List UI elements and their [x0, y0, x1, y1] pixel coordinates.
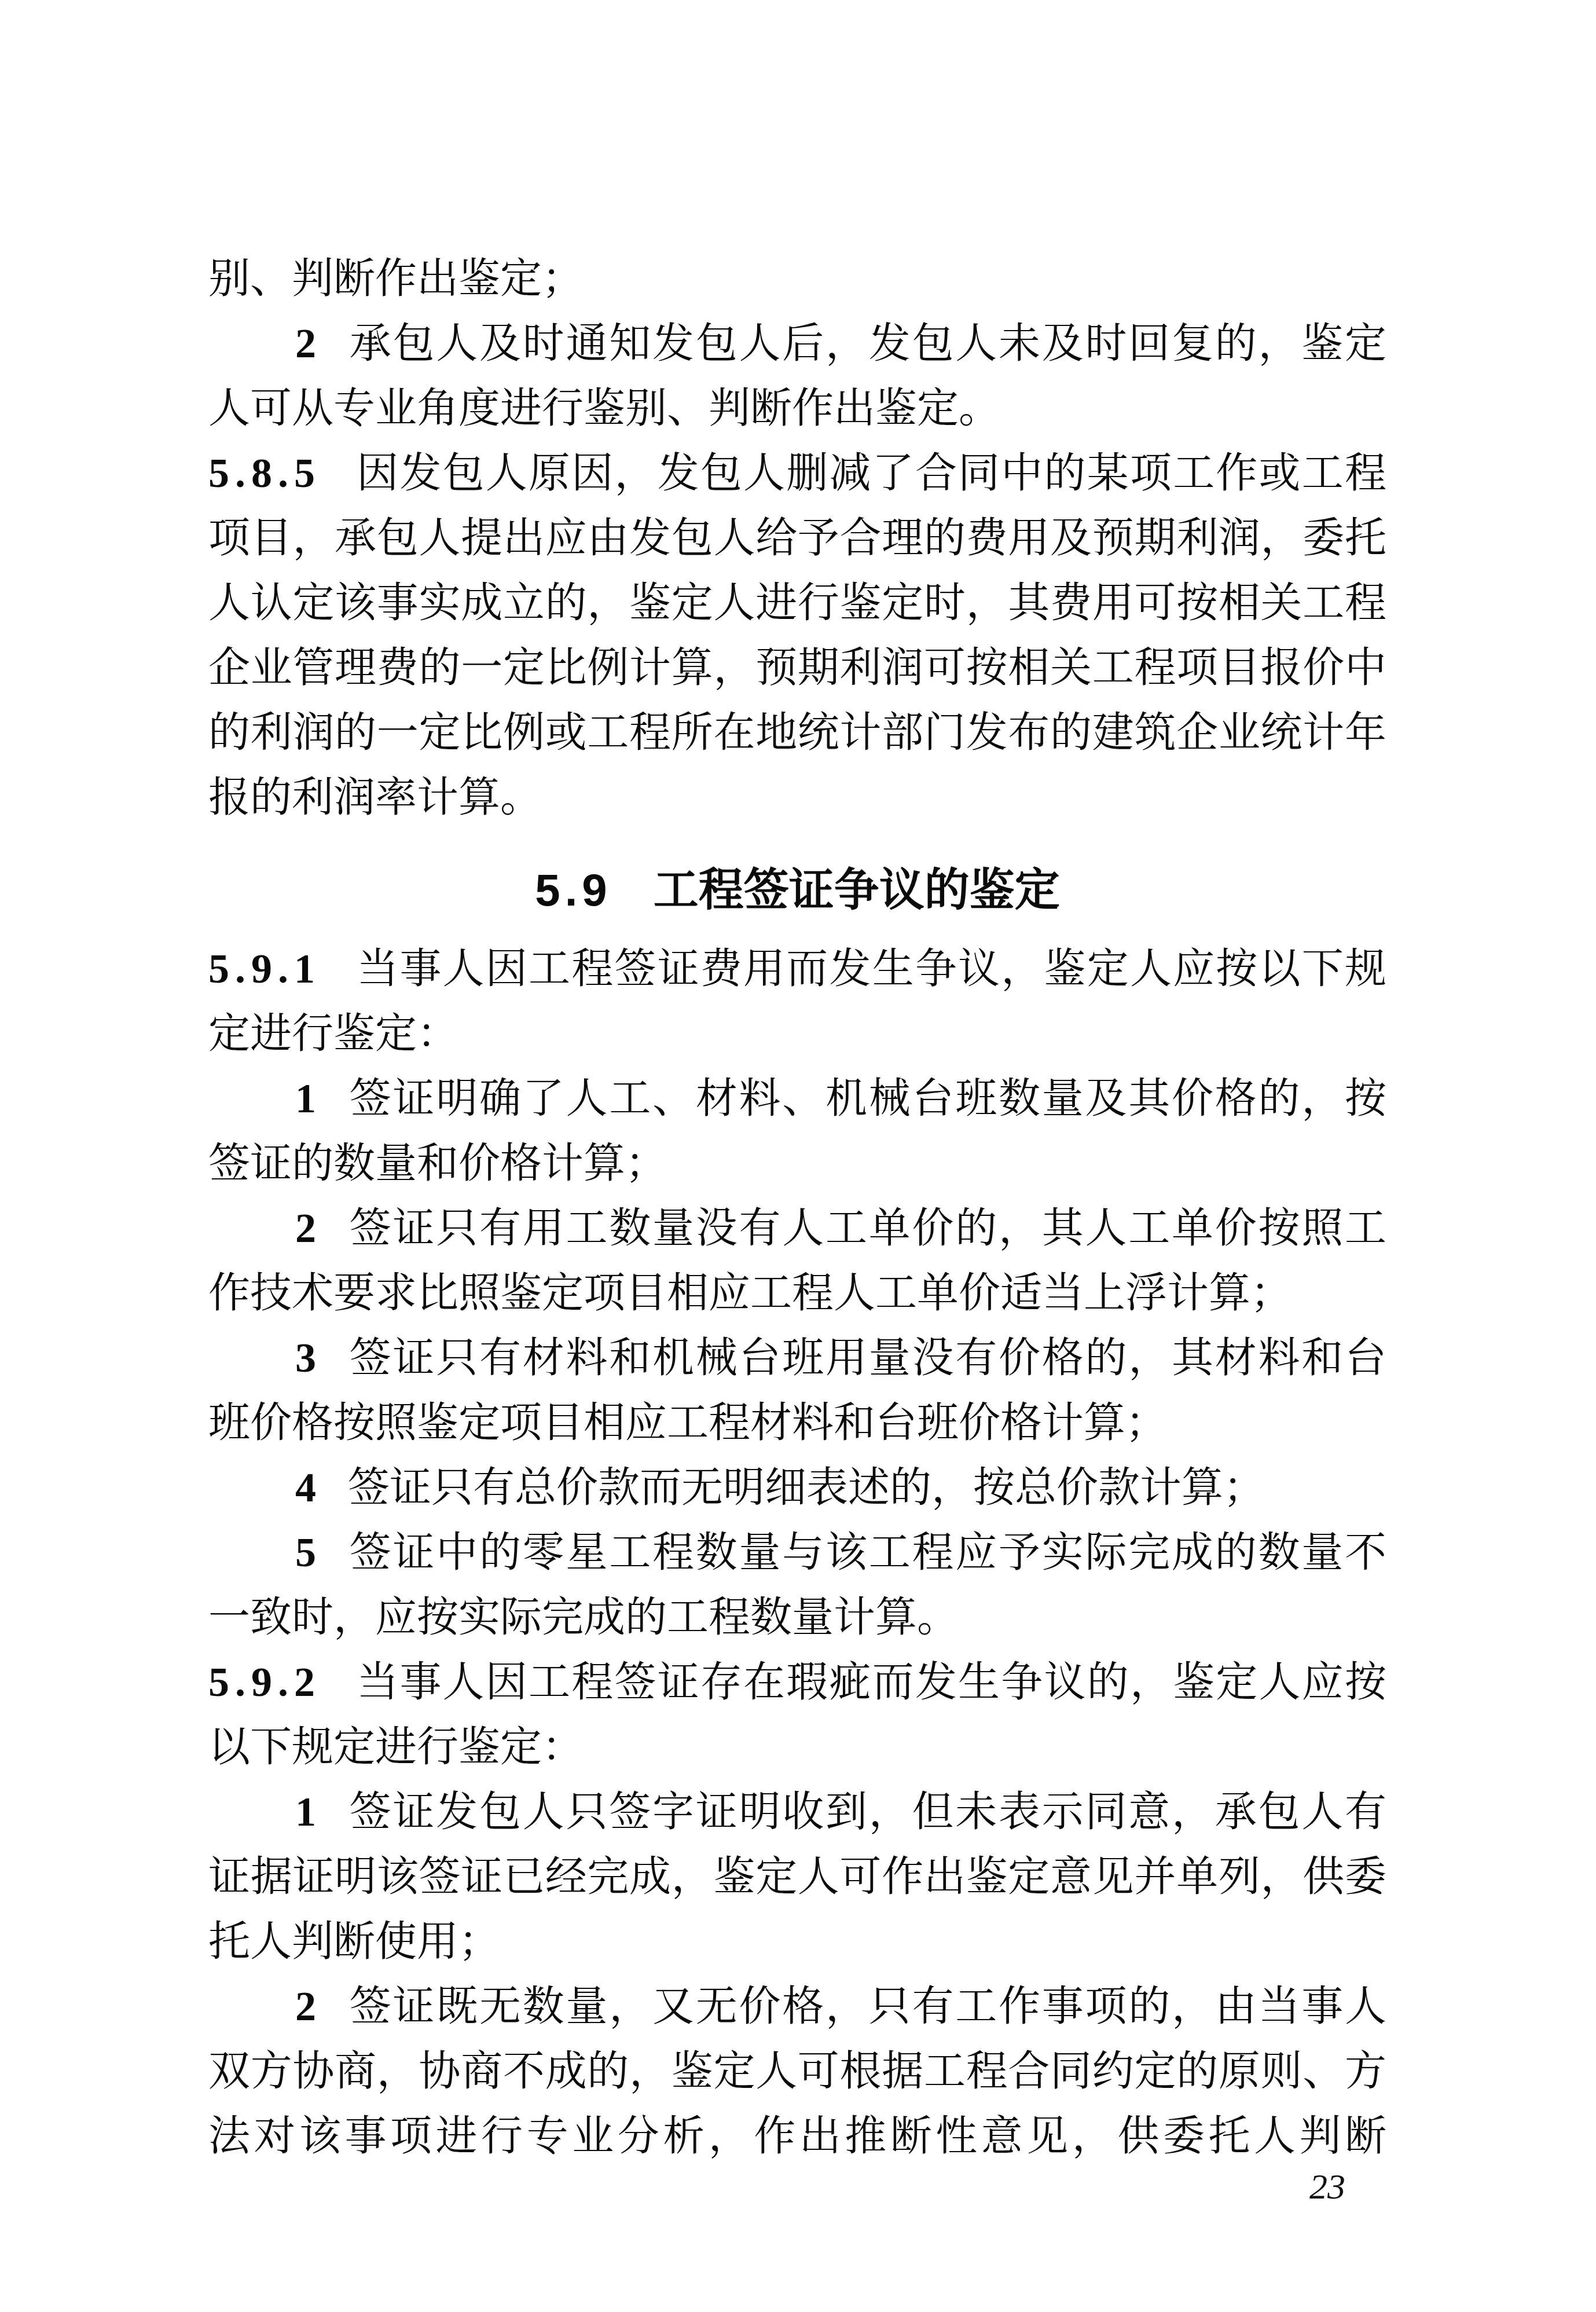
item-number: 1: [295, 1075, 316, 1122]
text-line: 1签证明确了人工、材料、机械台班数量及其价格的，按: [208, 1066, 1386, 1131]
text-line: 5签证中的零星工程数量与该工程应予实际完成的数量不: [208, 1520, 1386, 1585]
line-text: 因发包人原因，发包人删减了合同中的某项工作或工程: [355, 450, 1386, 496]
text-line: 5.9.1当事人因工程签证费用而发生争议，鉴定人应按以下规: [208, 936, 1386, 1001]
text-line: 项目，承包人提出应由发包人给予合理的费用及预期利润，委托: [208, 505, 1386, 570]
line-text: 作技术要求比照鉴定项目相应工程人工单价适当上浮计算；: [208, 1270, 1292, 1316]
item-number: 2: [295, 1983, 316, 2029]
section-heading: 5.9工程签证争议的鉴定: [208, 858, 1386, 922]
text-line: 别、判断作出鉴定；: [208, 246, 1386, 311]
text-line: 企业管理费的一定比例计算，预期利润可按相关工程项目报价中: [208, 635, 1386, 700]
item-number: 2: [295, 320, 316, 367]
line-text: 签证发包人只签字证明收到，但未表示同意，承包人有: [348, 1789, 1386, 1835]
text-line: 5.8.5因发包人原因，发包人删减了合同中的某项工作或工程: [208, 441, 1386, 505]
section-heading-title: 工程签证争议的鉴定: [654, 864, 1060, 915]
line-text: 别、判断作出鉴定；: [208, 255, 584, 302]
text-line: 报的利润率计算。: [208, 765, 1386, 830]
line-text: 人可从专业角度进行鉴别、判断作出鉴定。: [208, 385, 1000, 431]
clause-number: 5.8.5: [208, 450, 321, 496]
text-line: 5.9.2当事人因工程签证存在瑕疵而发生争议的，鉴定人应按: [208, 1650, 1386, 1714]
line-text: 一致时，应按实际完成的工程数量计算。: [208, 1594, 959, 1640]
text-line: 人可从专业角度进行鉴别、判断作出鉴定。: [208, 376, 1386, 441]
text-line: 3签证只有材料和机械台班用量没有价格的，其材料和台: [208, 1325, 1386, 1390]
clause-number: 5.9.1: [208, 946, 321, 992]
line-text: 以下规定进行鉴定：: [208, 1724, 584, 1770]
line-text: 双方协商，协商不成的，鉴定人可根据工程合同约定的原则、方: [208, 2048, 1386, 2094]
line-text: 签证的数量和价格计算；: [208, 1140, 667, 1186]
section-heading-number: 5.9: [535, 864, 611, 915]
line-text: 托人判断使用；: [208, 1918, 500, 1965]
line-text: 班价格按照鉴定项目相应工程材料和台班价格计算；: [208, 1399, 1167, 1446]
text-line: 以下规定进行鉴定：: [208, 1714, 1386, 1779]
text-line: 法对该事项进行专业分析，作出推断性意见，供委托人判断: [208, 2104, 1386, 2168]
line-text: 签证中的零星工程数量与该工程应予实际完成的数量不: [348, 1529, 1386, 1575]
text-line: 定进行鉴定：: [208, 1001, 1386, 1066]
text-line: 双方协商，协商不成的，鉴定人可根据工程合同约定的原则、方: [208, 2039, 1386, 2104]
text-line: 1签证发包人只签字证明收到，但未表示同意，承包人有: [208, 1779, 1386, 1844]
line-text: 报的利润率计算。: [208, 774, 542, 820]
line-text: 承包人及时通知发包人后，发包人未及时回复的，鉴定: [348, 320, 1386, 367]
line-text: 签证明确了人工、材料、机械台班数量及其价格的，按: [348, 1075, 1386, 1122]
scanned-document-page: { "document": { "page_number": "23", "li…: [0, 0, 1596, 2312]
line-text: 的利润的一定比例或工程所在地统计部门发布的建筑企业统计年: [208, 709, 1386, 756]
text-line: 2承包人及时通知发包人后，发包人未及时回复的，鉴定: [208, 311, 1386, 376]
item-number: 3: [295, 1335, 316, 1381]
text-line: 2签证只有用工数量没有人工单价的，其人工单价按照工: [208, 1196, 1386, 1261]
line-text: 法对该事项进行专业分析，作出推断性意见，供委托人判断: [208, 2113, 1386, 2159]
clause-number: 5.9.2: [208, 1659, 321, 1705]
item-number: 5: [295, 1529, 316, 1575]
text-line: 班价格按照鉴定项目相应工程材料和台班价格计算；: [208, 1390, 1386, 1455]
text-line: 人认定该事实成立的，鉴定人进行鉴定时，其费用可按相关工程: [208, 570, 1386, 635]
line-text: 当事人因工程签证费用而发生争议，鉴定人应按以下规: [355, 946, 1386, 992]
line-text: 签证既无数量，又无价格，只有工作事项的，由当事人: [348, 1983, 1386, 2029]
item-number: 4: [295, 1464, 316, 1511]
text-line: 证据证明该签证已经完成，鉴定人可作出鉴定意见并单列，供委: [208, 1844, 1386, 1909]
line-text: 签证只有用工数量没有人工单价的，其人工单价按照工: [348, 1205, 1386, 1251]
text-line: 的利润的一定比例或工程所在地统计部门发布的建筑企业统计年: [208, 700, 1386, 765]
text-line: 2签证既无数量，又无价格，只有工作事项的，由当事人: [208, 1974, 1386, 2039]
line-text: 定进行鉴定：: [208, 1010, 458, 1057]
text-line: 4签证只有总价款而无明细表述的，按总价款计算；: [208, 1455, 1386, 1520]
item-number: 1: [295, 1789, 316, 1835]
line-text: 签证只有总价款而无明细表述的，按总价款计算；: [348, 1464, 1265, 1511]
line-text: 证据证明该签证已经完成，鉴定人可作出鉴定意见并单列，供委: [208, 1853, 1386, 1900]
item-number: 2: [295, 1205, 316, 1251]
line-text: 企业管理费的一定比例计算，预期利润可按相关工程项目报价中: [208, 644, 1386, 691]
document-body: 别、判断作出鉴定；2承包人及时通知发包人后，发包人未及时回复的，鉴定人可从专业角…: [0, 0, 1596, 2168]
line-text: 项目，承包人提出应由发包人给予合理的费用及预期利润，委托: [208, 515, 1386, 561]
line-text: 签证只有材料和机械台班用量没有价格的，其材料和台: [348, 1335, 1386, 1381]
text-line: 签证的数量和价格计算；: [208, 1131, 1386, 1196]
text-line: 一致时，应按实际完成的工程数量计算。: [208, 1585, 1386, 1650]
line-text: 当事人因工程签证存在瑕疵而发生争议的，鉴定人应按: [355, 1659, 1386, 1705]
page-number: 23: [1309, 2161, 1345, 2213]
text-line: 托人判断使用；: [208, 1909, 1386, 1974]
line-text: 人认定该事实成立的，鉴定人进行鉴定时，其费用可按相关工程: [208, 580, 1386, 626]
text-line: 作技术要求比照鉴定项目相应工程人工单价适当上浮计算；: [208, 1261, 1386, 1325]
